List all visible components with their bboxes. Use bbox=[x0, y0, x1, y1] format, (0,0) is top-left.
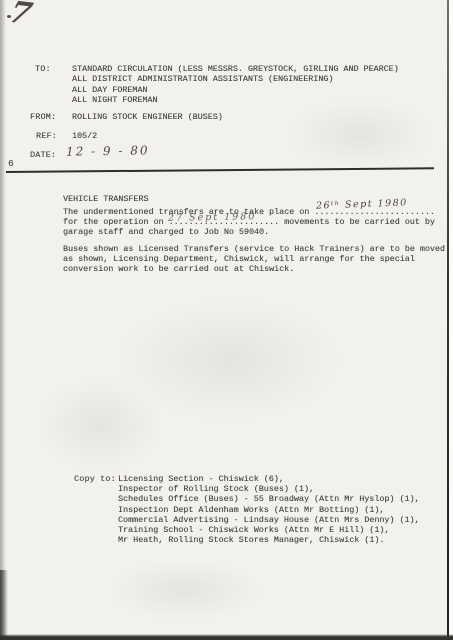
handwritten-fill-in-date-2: 27 Sept 1980 bbox=[168, 211, 257, 224]
scan-edge-bottom bbox=[0, 634, 453, 640]
to-line: STANDARD CIRCULATION (LESS MESSRS. GREYS… bbox=[72, 64, 399, 74]
copy-to-recipient: Training School - Chiswick Works (Attn M… bbox=[118, 525, 389, 535]
horizontal-rule bbox=[6, 167, 434, 173]
copy-to-recipient: Licensing Section - Chiswick (6), bbox=[118, 474, 284, 484]
page-number: 6 bbox=[8, 159, 14, 169]
scanned-memo-page: 7 TO: STANDARD CIRCULATION (LESS MESSRS.… bbox=[0, 0, 453, 640]
scan-smudge bbox=[40, 380, 160, 470]
to-line: ALL DAY FOREMAN bbox=[72, 85, 147, 95]
scan-edge-right-margin bbox=[449, 0, 453, 640]
memo-heading: VEHICLE TRANSFERS bbox=[63, 194, 148, 204]
body-line: Buses shown as Licensed Transfers (servi… bbox=[63, 244, 445, 254]
body-line: conversion work to be carried out at Chi… bbox=[63, 264, 294, 274]
copy-to-recipient: Commercial Advertising - Lindsay House (… bbox=[118, 515, 420, 525]
handwritten-corner-mark: 7 bbox=[5, 0, 36, 32]
date-label: DATE: bbox=[30, 150, 56, 160]
to-label: TO: bbox=[35, 64, 51, 74]
scan-smudge bbox=[110, 560, 260, 620]
from-value: ROLLING STOCK ENGINEER (BUSES) bbox=[72, 112, 223, 122]
to-line: ALL NIGHT FOREMAN bbox=[72, 95, 157, 105]
ref-label: REF: bbox=[36, 131, 57, 141]
copy-to-recipient: Mr Heath, Rolling Stock Stores Manager, … bbox=[118, 535, 384, 545]
copy-to-recipient: Inspector of Rolling Stock (Buses) (1), bbox=[118, 484, 314, 494]
copy-to-label: Copy to: bbox=[74, 474, 116, 484]
to-line: ALL DISTRICT ADMINISTRATION ASSISTANTS (… bbox=[72, 74, 333, 84]
handwritten-date: 12 - 9 - 80 bbox=[66, 143, 150, 158]
scan-corner-bottom-left bbox=[0, 570, 8, 640]
body-line: garage staff and charged to Job No 59040… bbox=[63, 227, 269, 237]
body-line: as shown, Licensing Department, Chiswick… bbox=[63, 254, 415, 264]
from-label: FROM: bbox=[30, 112, 56, 122]
scan-edge-right-line bbox=[447, 0, 449, 640]
ref-value: 105/2 bbox=[72, 131, 97, 141]
scan-smudge bbox=[290, 100, 430, 170]
copy-to-recipient: Schedules Office (Buses) - 55 Broadway (… bbox=[118, 494, 420, 504]
scan-smudge bbox=[120, 300, 340, 420]
copy-to-recipient: Inspection Dept Aldenham Works (Attn Mr … bbox=[118, 505, 384, 515]
scan-edge-left bbox=[0, 0, 6, 640]
